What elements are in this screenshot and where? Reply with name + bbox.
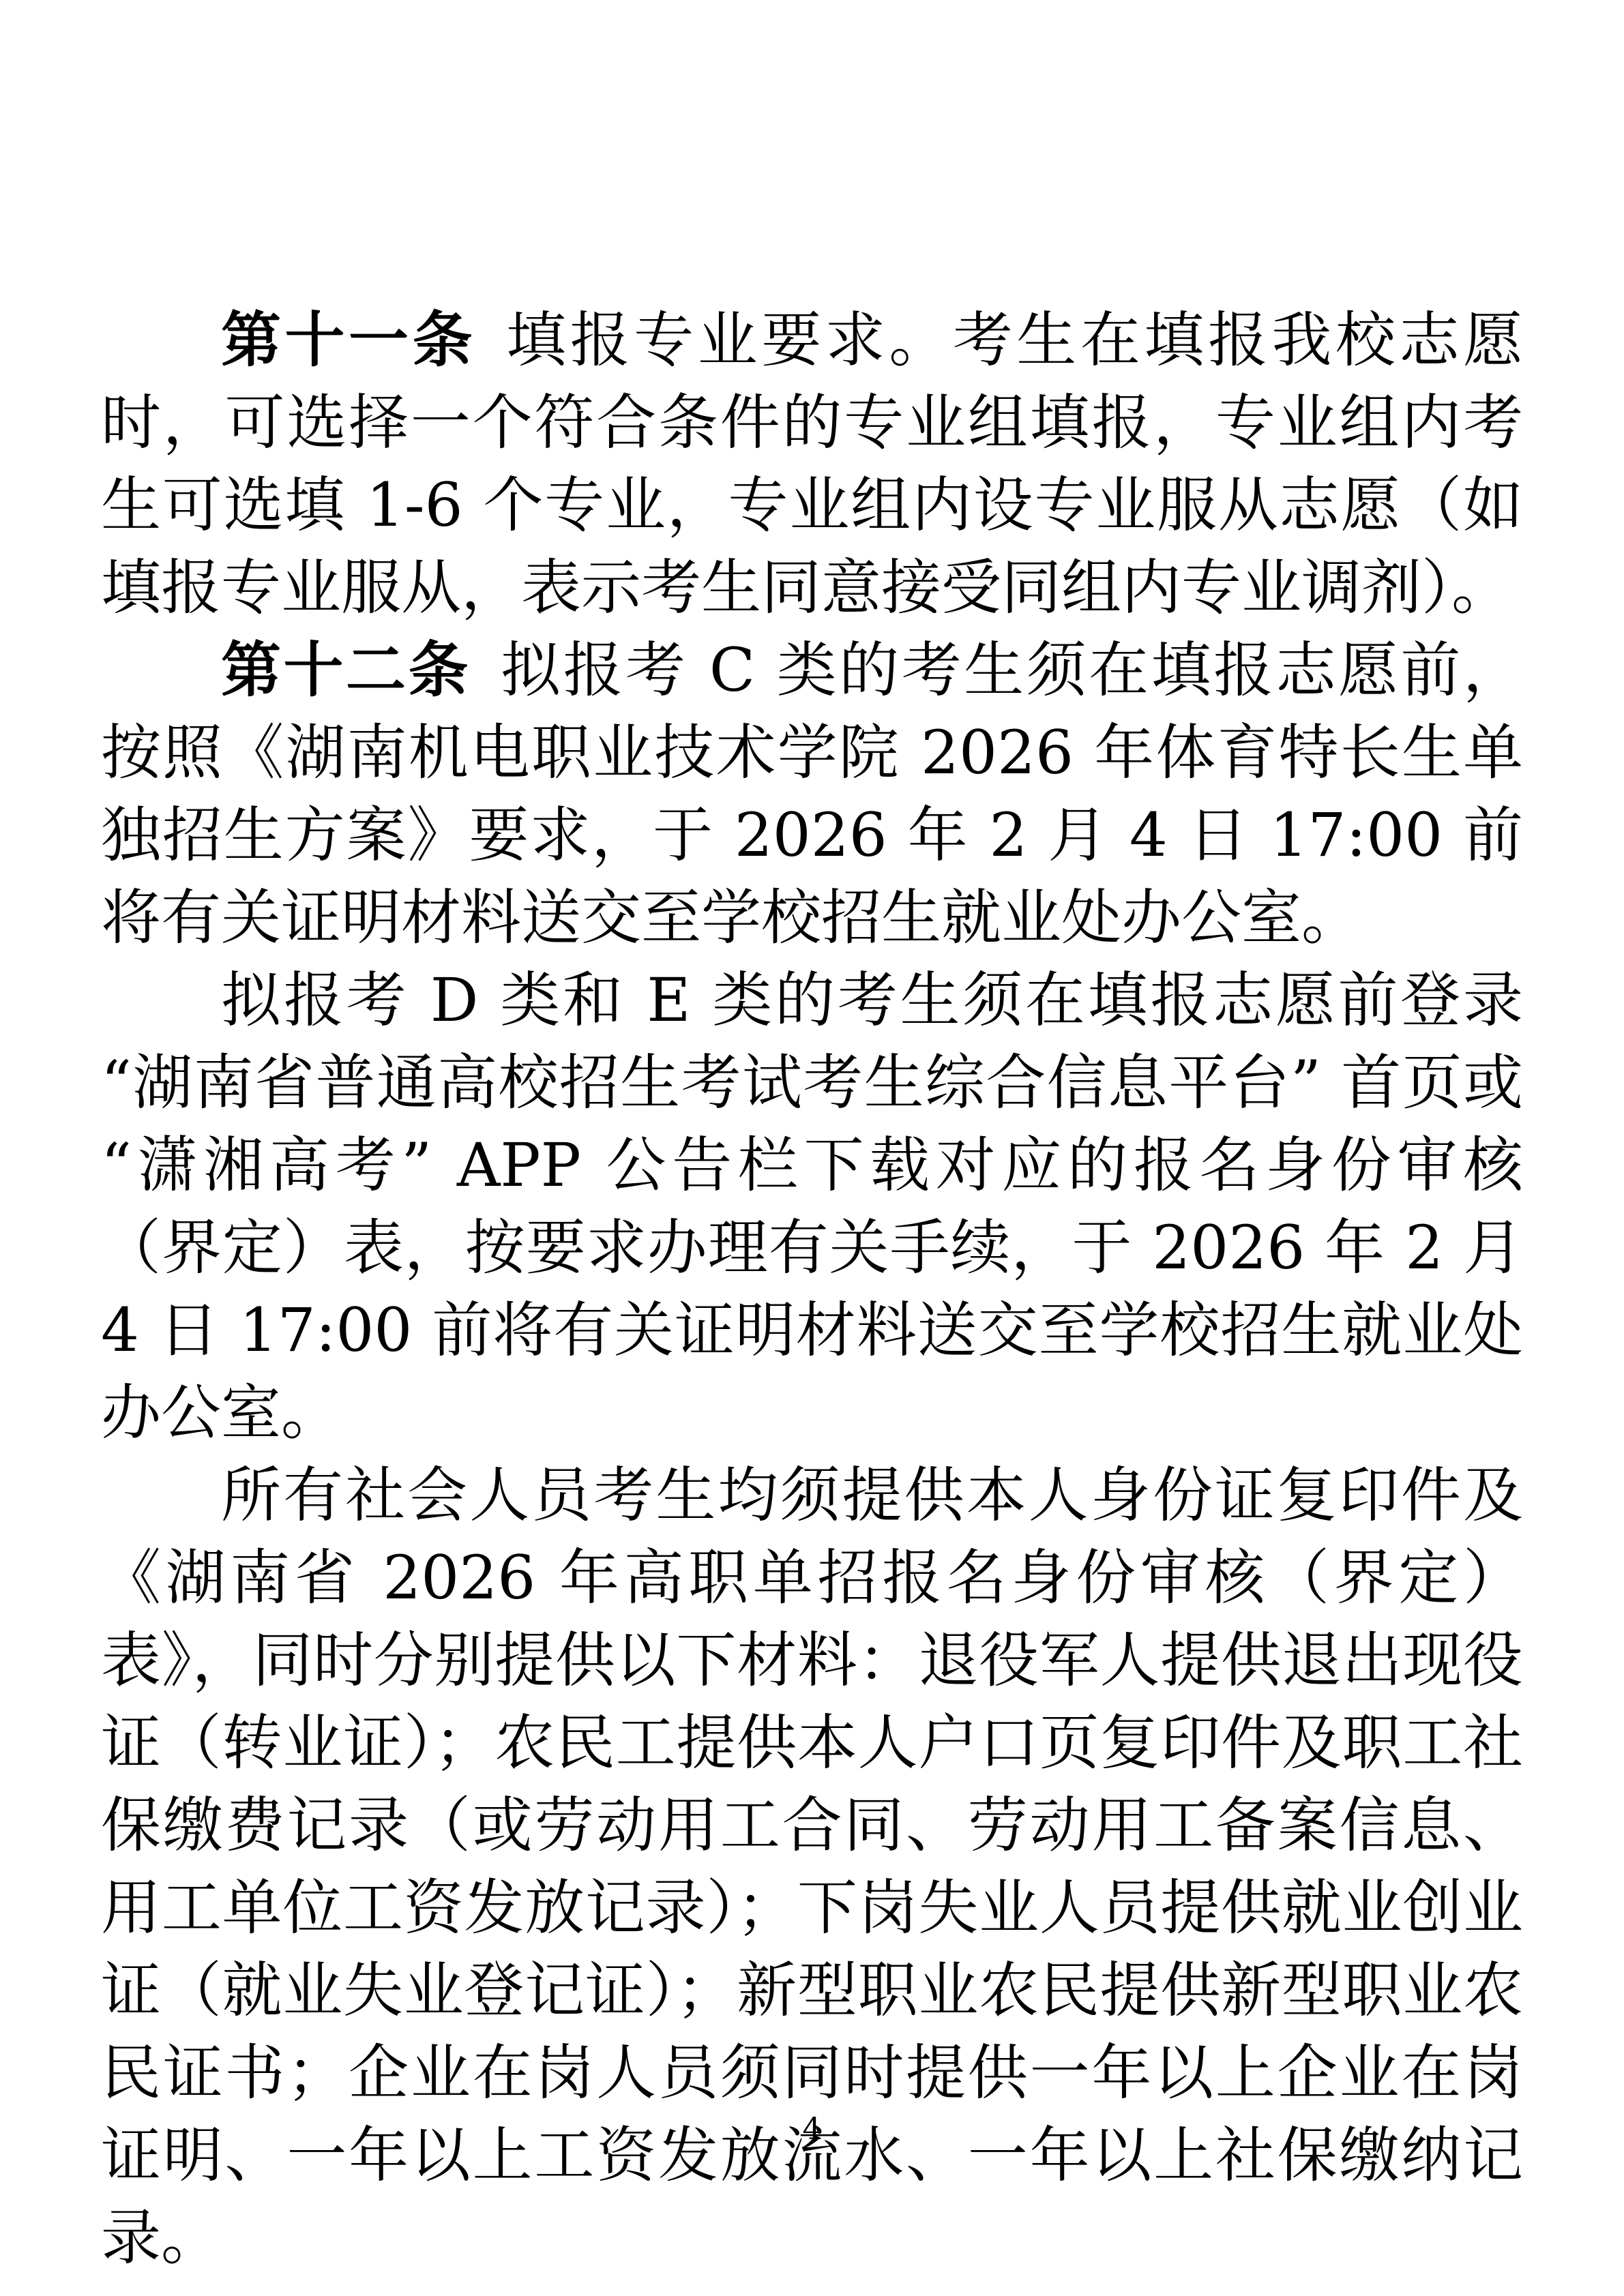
article-number: 第十一条 [221,304,476,375]
paragraph: 所有社会人员考生均须提供本人身份证复印件及《湖南省 2026 年高职单招报名身份… [101,1454,1523,2279]
paragraph-text: 拟报考 D 类和 E 类的考生须在填报志愿前登录“湖南省普通高校招生考试考生综合… [101,965,1523,1448]
paragraph: 第十二条拟报考 C 类的考生须在填报志愿前，按照《湖南机电职业技术学院 2026… [101,629,1523,959]
document-page: 第十一条填报专业要求。考生在填报我校志愿时，可选择一个符合条件的专业组填报，专业… [0,0,1624,2296]
paragraph: 拟报考 D 类和 E 类的考生须在填报志愿前登录“湖南省普通高校招生考试考生综合… [101,959,1523,1454]
paragraph-text: 所有社会人员考生均须提供本人身份证复印件及《湖南省 2026 年高职单招报名身份… [101,1460,1523,2273]
document-body: 第十一条填报专业要求。考生在填报我校志愿时，可选择一个符合条件的专业组填报，专业… [101,299,1523,2279]
page-number: 4 [0,2115,1624,2145]
article-number: 第十二条 [221,634,471,705]
paragraph: 第十一条填报专业要求。考生在填报我校志愿时，可选择一个符合条件的专业组填报，专业… [101,299,1523,629]
